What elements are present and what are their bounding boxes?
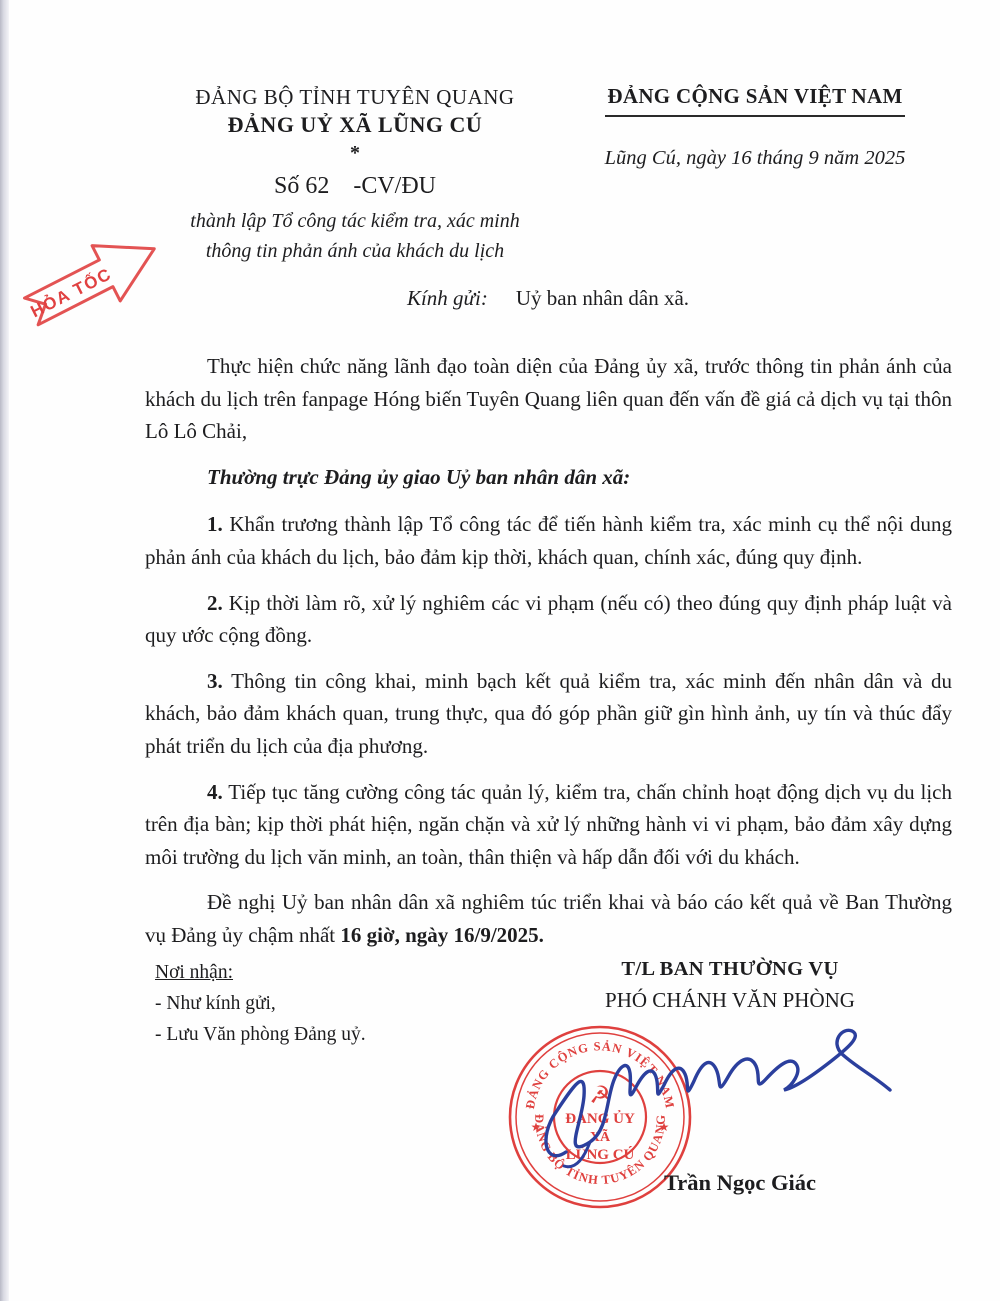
issuing-org-name: ĐẢNG UỶ XÃ LŨNG CÚ bbox=[150, 111, 560, 140]
signature-title-block: T/L BAN THƯỜNG VỤ PHÓ CHÁNH VĂN PHÒNG bbox=[530, 955, 930, 1015]
directive-item-2: 2. Kịp thời làm rõ, xử lý nghiêm các vi … bbox=[145, 587, 952, 652]
place-date-line: Lũng Cú, ngày 16 tháng 9 năm 2025 bbox=[575, 147, 935, 170]
item-1-text: Khẩn trương thành lập Tổ công tác để tiế… bbox=[145, 512, 952, 569]
salutation-label: Kính gửi: bbox=[407, 286, 488, 310]
recipient-item-2: - Lưu Văn phòng Đảng uỷ. bbox=[155, 1019, 366, 1050]
urgency-arrow-icon: HỎA TỐC bbox=[12, 222, 170, 340]
signature-stroke bbox=[500, 1012, 900, 1177]
item-1-number: 1. bbox=[207, 512, 223, 536]
directive-item-1: 1. Khẩn trương thành lập Tổ công tác để … bbox=[145, 508, 952, 573]
salutation-line: Kính gửi:Uỷ ban nhân dân xã. bbox=[145, 286, 951, 311]
intro-paragraph: Thực hiện chức năng lãnh đạo toàn diện c… bbox=[145, 350, 952, 448]
signing-authority: T/L BAN THƯỜNG VỤ bbox=[530, 955, 930, 985]
document-number: Số 62 -CV/ĐU bbox=[150, 171, 560, 202]
recipients-block: Nơi nhận: - Như kính gửi, - Lưu Văn phòn… bbox=[155, 957, 366, 1051]
scan-edge-shadow bbox=[0, 0, 9, 1301]
parent-org-name: ĐẢNG BỘ TỈNH TUYÊN QUANG bbox=[150, 84, 560, 111]
signer-position: PHÓ CHÁNH VĂN PHÒNG bbox=[530, 985, 930, 1015]
item-2-number: 2. bbox=[207, 591, 223, 615]
directive-item-3: 3. Thông tin công khai, minh bạch kết qu… bbox=[145, 665, 952, 763]
salutation-recipient: Uỷ ban nhân dân xã. bbox=[516, 286, 689, 310]
closing-deadline: 16 giờ, ngày 16/9/2025. bbox=[340, 923, 544, 947]
national-motto: ĐẢNG CỘNG SẢN VIỆT NAM bbox=[605, 84, 904, 117]
item-3-text: Thông tin công khai, minh bạch kết quả k… bbox=[145, 669, 952, 758]
closing-paragraph: Đề nghị Uỷ ban nhân dân xã nghiêm túc tr… bbox=[145, 886, 952, 951]
subject-line-2: thông tin phản ánh của khách du lịch bbox=[150, 236, 560, 266]
issuing-org-block: ĐẢNG BỘ TỈNH TUYÊN QUANG ĐẢNG UỶ XÃ LŨNG… bbox=[150, 84, 560, 266]
item-2-text: Kịp thời làm rõ, xử lý nghiêm các vi phạ… bbox=[145, 591, 952, 648]
item-4-number: 4. bbox=[207, 780, 223, 804]
org-separator-star: * bbox=[150, 143, 560, 163]
document-body: Thực hiện chức năng lãnh đạo toàn diện c… bbox=[145, 350, 952, 965]
item-4-text: Tiếp tục tăng cường công tác quản lý, ki… bbox=[145, 780, 952, 869]
urgency-stamp: HỎA TỐC bbox=[12, 222, 170, 340]
national-header-block: ĐẢNG CỘNG SẢN VIỆT NAM Lũng Cú, ngày 16 … bbox=[575, 84, 935, 170]
closing-text: Đề nghị Uỷ ban nhân dân xã nghiêm túc tr… bbox=[145, 890, 952, 947]
subject-line-1: thành lập Tổ công tác kiểm tra, xác minh bbox=[150, 206, 560, 236]
document-subject: thành lập Tổ công tác kiểm tra, xác minh… bbox=[150, 206, 560, 266]
recipients-heading: Nơi nhận: bbox=[155, 957, 366, 988]
signer-name: Trần Ngọc Giác bbox=[600, 1170, 880, 1196]
item-3-number: 3. bbox=[207, 669, 223, 693]
directive-item-4: 4. Tiếp tục tăng cường công tác quản lý,… bbox=[145, 776, 952, 874]
document-page: ĐẢNG BỘ TỈNH TUYÊN QUANG ĐẢNG UỶ XÃ LŨNG… bbox=[0, 0, 1000, 1301]
recipient-item-1: - Như kính gửi, bbox=[155, 988, 366, 1019]
handwritten-signature bbox=[500, 1012, 900, 1177]
directive-lead: Thường trực Đảng ủy giao Uỷ ban nhân dân… bbox=[145, 461, 952, 494]
